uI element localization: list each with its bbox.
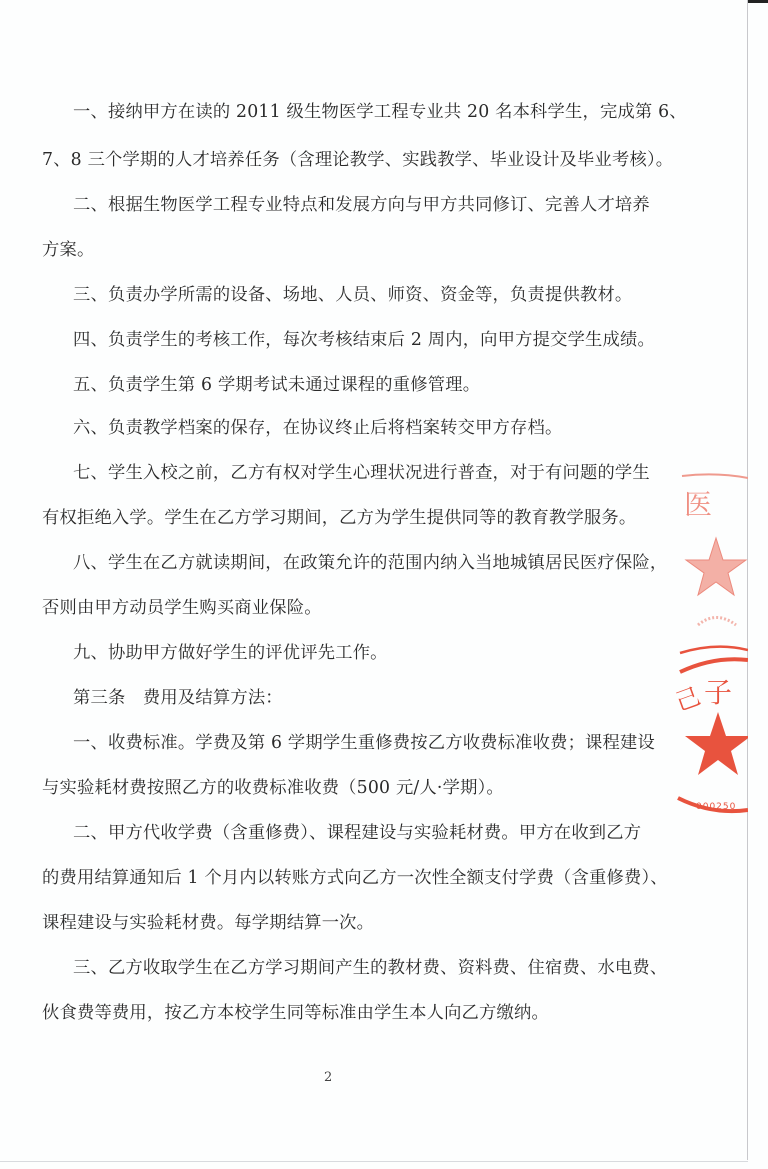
clause-8-line-2: 否则由甲方动员学生购买商业保险。 [42,598,322,618]
fee-clause-3-line-1: 三、乙方收取学生在乙方学习期间产生的教材费、资料费、住宿费、水电费、 [73,958,667,978]
clause-7-line-2: 有权拒绝入学。学生在乙方学习期间，乙方为学生提供同等的教育教学服务。 [42,508,636,528]
fee-clause-2-line-1: 二、甲方代收学费（含重修费）、课程建设与实验耗材费。甲方在收到乙方 [73,823,641,843]
clause-7-line-1: 七、学生入校之前，乙方有权对学生心理状况进行普查，对于有问题的学生 [73,463,650,483]
seal-lower-prefix: 己 [676,682,704,717]
scan-bottom-edge [0,1161,748,1162]
fee-clause-2-line-3: 课程建设与实验耗材费。每学期结算一次。 [42,913,374,933]
fee-clause-1-line-2: 与实验耗材费按照乙方的收费标准收费（500 元/人·学期）。 [42,778,504,798]
fee-clause-3-line-2: 伙食费等费用，按乙方本校学生同等标准由学生本人向乙方缴纳。 [42,1003,549,1023]
seal-upper-char: 医 [684,488,712,521]
clause-1-line-1: 一、接纳甲方在读的 2011 级生物医学工程专业共 20 名本科学生，完成第 6… [73,102,687,122]
clause-2-line-1: 二、根据生物医学工程专业特点和发展方向与甲方共同修订、完善人才培养 [73,195,650,215]
fee-clause-1-line-1: 一、收费标准。学费及第 6 学期学生重修费按乙方收费标准收费；课程建设 [73,733,655,753]
clause-5: 五、负责学生第 6 学期考试未通过课程的重修管理。 [73,375,480,395]
official-seal-stamps: 医 己 子 000250 [676,470,748,815]
scan-top-edge [748,0,768,3]
clause-8-line-1: 八、学生在乙方就读期间，在政策允许的范围内纳入当地城镇居民医疗保险， [73,553,667,573]
page-number: 2 [324,1070,332,1085]
clause-4: 四、负责学生的考核工作，每次考核结束后 2 周内，向甲方提交学生成绩。 [73,330,655,350]
clause-2-line-2: 方案。 [42,240,94,260]
clause-1-line-2: 7、8 三个学期的人才培养任务（含理论教学、实践教学、毕业设计及毕业考核）。 [42,150,673,170]
clause-3: 三、负责办学所需的设备、场地、人员、师资、资金等，负责提供教材。 [73,285,632,305]
clause-6: 六、负责教学档案的保存，在协议终止后将档案转交甲方存档。 [73,418,562,438]
fee-clause-2-line-2: 的费用结算通知后 1 个月内以转账方式向乙方一次性全额支付学费（含重修费）、 [42,868,668,888]
clause-9: 九、协助甲方做好学生的评优评先工作。 [73,643,388,663]
document-page: 一、接纳甲方在读的 2011 级生物医学工程专业共 20 名本科学生，完成第 6… [0,0,768,1169]
seal-icon: 医 己 子 000250 [676,470,748,815]
seal-lower-char: 子 [704,676,732,709]
article-3-heading: 第三条 费用及结算方法： [73,688,283,708]
